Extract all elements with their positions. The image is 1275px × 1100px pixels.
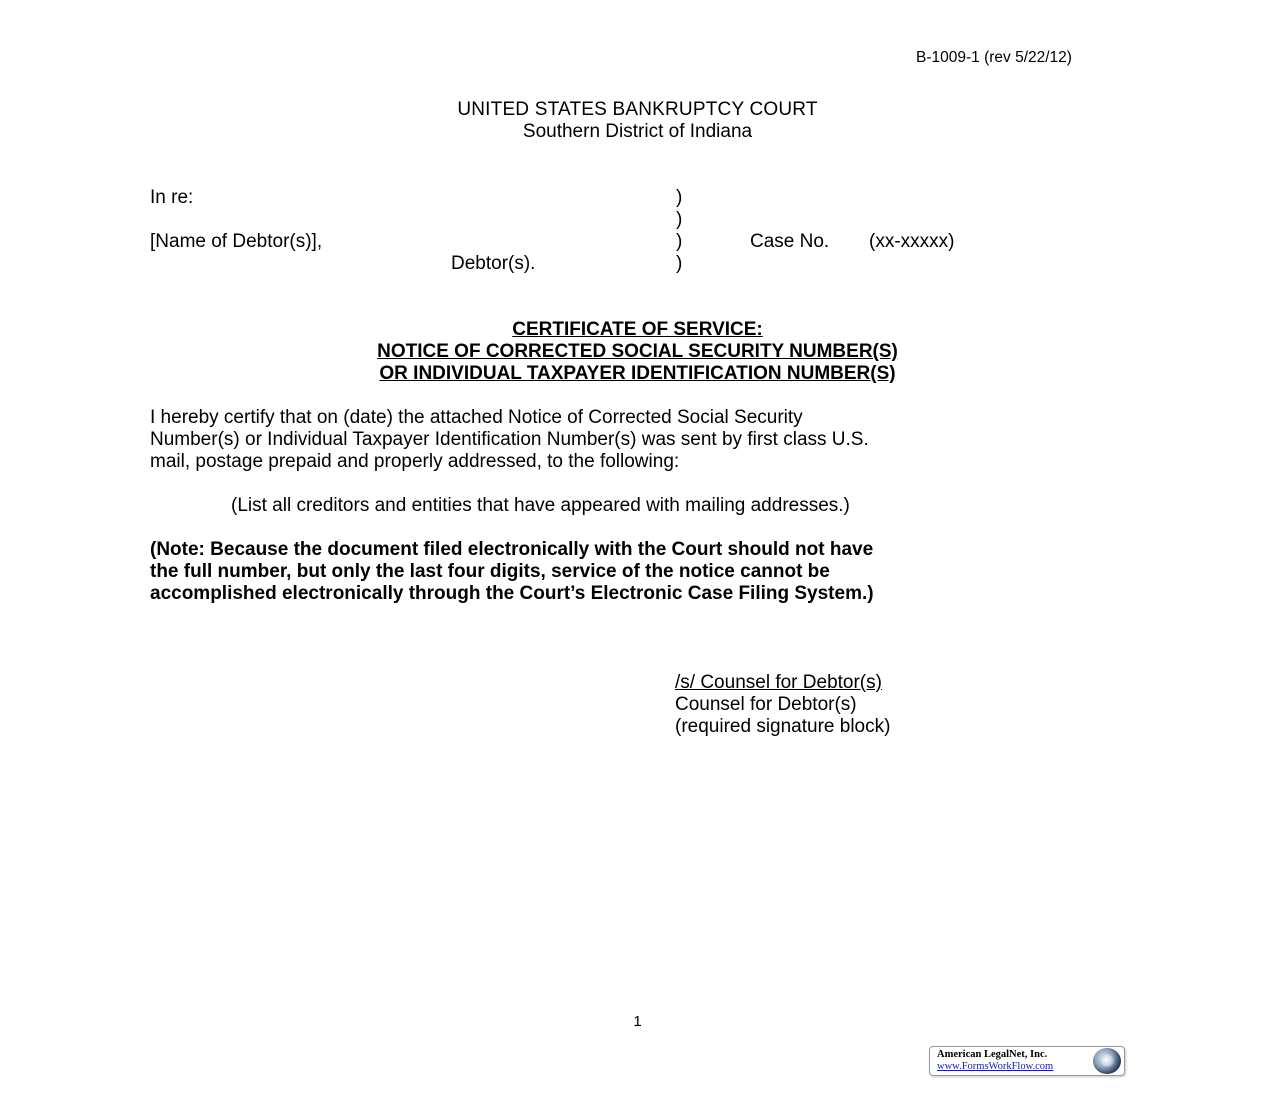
- title-line-2: NOTICE OF CORRECTED SOCIAL SECURITY NUMB…: [0, 341, 1275, 363]
- page-number: 1: [0, 1011, 1275, 1033]
- court-name: UNITED STATES BANKRUPTCY COURT: [0, 99, 1275, 121]
- american-legalnet-badge[interactable]: American LegalNet, Inc. www.FormsWorkFlo…: [929, 1046, 1125, 1076]
- badge-company: American LegalNet, Inc.: [937, 1049, 1047, 1061]
- note-line: (Note: Because the document filed electr…: [150, 539, 1130, 561]
- form-id: B-1009-1 (rev 5/22/12): [916, 47, 1072, 69]
- title-line-3: OR INDIVIDUAL TAXPAYER IDENTIFICATION NU…: [0, 363, 1275, 385]
- list-instruction: (List all creditors and entities that ha…: [231, 495, 850, 517]
- certify-line: I hereby certify that on (date) the atta…: [150, 407, 1130, 429]
- certify-line: mail, postage prepaid and properly addre…: [150, 451, 1130, 473]
- caption-paren: ): [676, 231, 682, 253]
- badge-url-link[interactable]: www.FormsWorkFlow.com: [937, 1061, 1053, 1073]
- signer-name: Counsel for Debtor(s): [675, 694, 857, 716]
- case-no-value: (xx-xxxxx): [869, 231, 954, 253]
- globe-logo-icon: [1093, 1048, 1121, 1074]
- case-no-label: Case No.: [750, 231, 829, 253]
- in-re-label: In re:: [150, 187, 193, 209]
- caption-paren: ): [676, 209, 682, 231]
- caption-paren: ): [676, 253, 682, 275]
- title-line-1: CERTIFICATE OF SERVICE:: [0, 319, 1275, 341]
- court-district: Southern District of Indiana: [0, 121, 1275, 143]
- certify-line: Number(s) or Individual Taxpayer Identif…: [150, 429, 1130, 451]
- debtor-label: Debtor(s).: [451, 253, 535, 275]
- signature-line: /s/ Counsel for Debtor(s): [675, 672, 882, 694]
- signature-block-note: (required signature block): [675, 716, 890, 738]
- note-line: accomplished electronically through the …: [150, 583, 1130, 605]
- note-line: the full number, but only the last four …: [150, 561, 1130, 583]
- debtor-name: [Name of Debtor(s)],: [150, 231, 322, 253]
- caption-paren: ): [676, 187, 682, 209]
